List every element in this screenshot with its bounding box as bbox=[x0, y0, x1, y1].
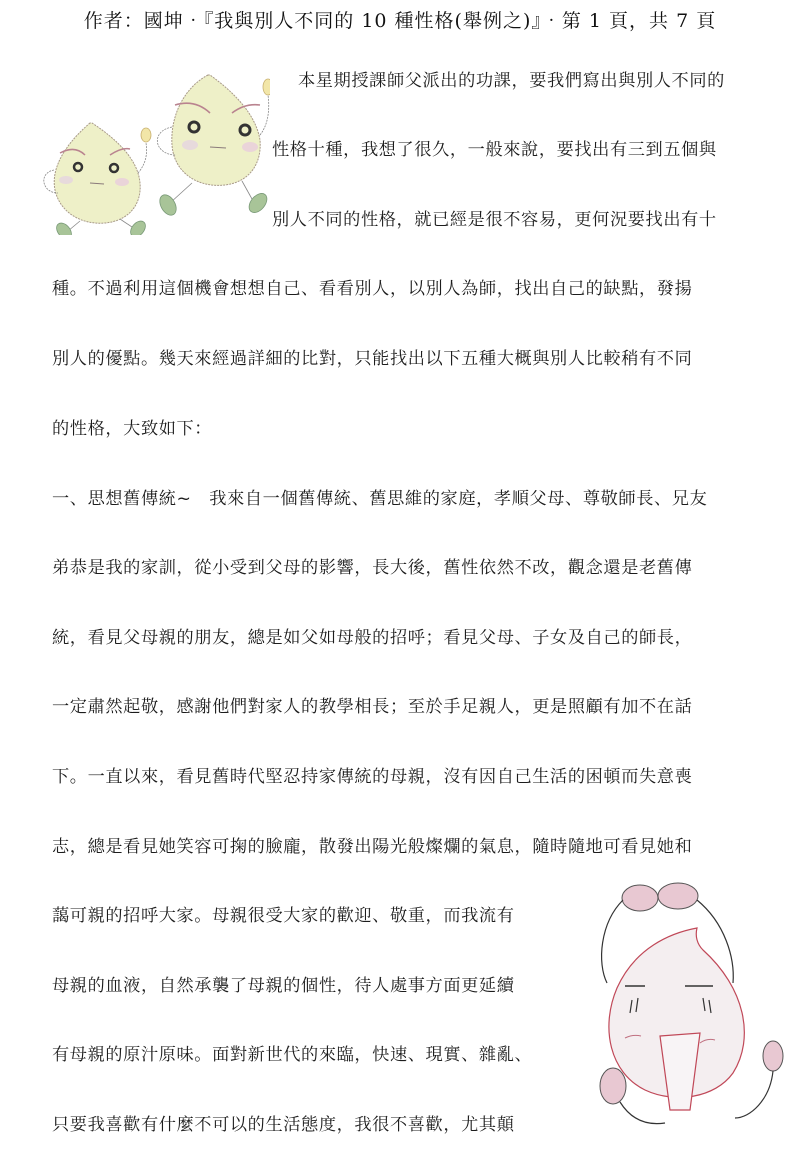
body-line: 別人不同的性格，就已經是很不容易，更何況要找出有十 bbox=[272, 205, 717, 230]
body-line: 性格十種，我想了很久，一般來說，要找出有三到五個與 bbox=[272, 135, 717, 160]
body-line: 只要我喜歡有什麼不可以的生活態度，我很不喜歡，尤其顛 bbox=[52, 1110, 514, 1135]
body-line: 別人的優點。幾天來經過詳細的比對，只能找出以下五種大概與別人比較稍有不同 bbox=[52, 344, 692, 369]
body-line: 有母親的原汁原味。面對新世代的來臨，快速、現實、雜亂、 bbox=[52, 1040, 532, 1065]
body-line: 本星期授課師父派出的功課，要我們寫出與別人不同的 bbox=[298, 66, 725, 91]
large-drop-character bbox=[156, 75, 270, 218]
green-drop-characters-illustration bbox=[20, 55, 270, 235]
body-line: 種。不過利用這個機會想想自己、看看別人，以別人為師，找出自己的缺點，發揚 bbox=[52, 274, 692, 299]
page-header: 作者：國坤‧『我與別人不同的 10 種性格(舉例之)』‧第 1 頁，共 7 頁 bbox=[0, 6, 800, 33]
body-line: 統，看見父母親的朋友，總是如父如母般的招呼；看見父母、子女及自己的師長， bbox=[52, 623, 692, 648]
body-line: 下。一直以來，看見舊時代堅忍持家傳統的母親，沒有因自己生活的困頓而失意喪 bbox=[52, 762, 692, 787]
section-heading-line: 一、思想舊傳統~ 我來自一個舊傳統、舊思維的家庭，孝順父母、尊敬師長、兄友 bbox=[52, 484, 707, 509]
body-line: 志，總是看見她笑容可掬的臉龐，散發出陽光般燦爛的氣息，隨時隨地可看見她和 bbox=[52, 832, 692, 857]
body-line: 母親的血液，自然承襲了母親的個性，待人處事方面更延續 bbox=[52, 971, 514, 996]
small-drop-character bbox=[44, 123, 151, 235]
body-line: 的性格，大致如下： bbox=[52, 414, 212, 439]
body-line: 藹可親的招呼大家。母親很受大家的歡迎、敬重，而我流有 bbox=[52, 901, 514, 926]
body-line: 一定肅然起敬，感謝他們對家人的教學相長；至於手足親人，更是照顧有加不在話 bbox=[52, 692, 692, 717]
body-line: 弟恭是我的家訓，從小受到父母的影響，長大後，舊性依然不改，觀念還是老舊傳 bbox=[52, 553, 692, 578]
pink-drop-character-illustration bbox=[585, 878, 790, 1128]
